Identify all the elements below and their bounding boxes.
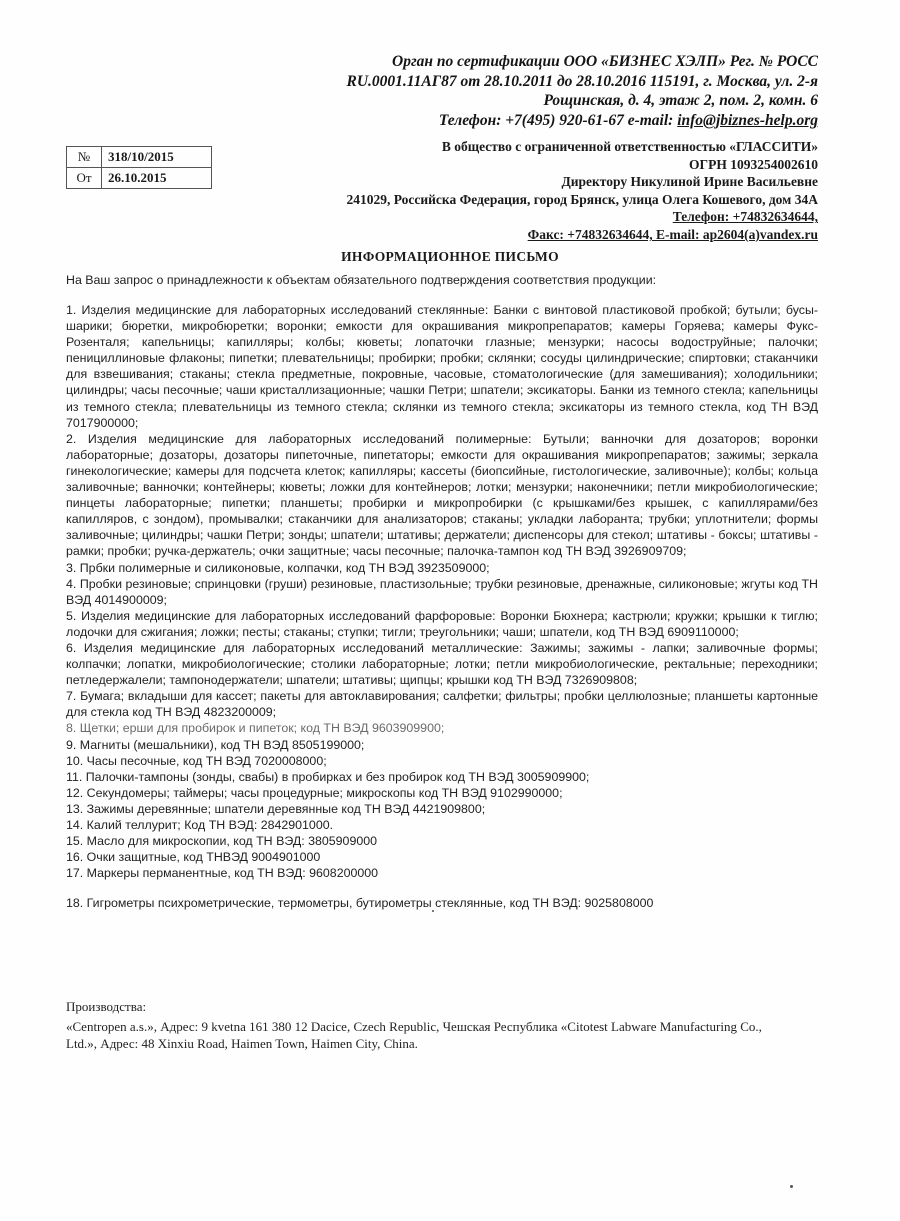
list-item: 1. Изделия медицинские для лабораторных … (66, 302, 818, 431)
registration-date-label: От (67, 168, 102, 189)
list-item: 17. Маркеры перманентные, код ТН ВЭД: 96… (66, 865, 818, 881)
list-item: 13. Зажимы деревянные; шпатели деревянны… (66, 801, 818, 817)
intro-paragraph: На Ваш запрос о принадлежности к объекта… (66, 272, 826, 288)
list-item: 9. Магниты (мешальники), код ТН ВЭД 8505… (66, 737, 818, 753)
scan-speck (432, 910, 434, 912)
list-item: 11. Палочки-тампоны (зонды, свабы) в про… (66, 769, 818, 785)
org-line: Орган по сертификации ООО «БИЗНЕС ХЭЛП» … (258, 52, 818, 72)
org-email-link[interactable]: info@jbiznes-help.org (677, 112, 818, 129)
org-line: RU.0001.11АГ87 от 28.10.2011 до 28.10.20… (258, 72, 818, 92)
list-item: 3. Прбки полимерные и силиконовые, колпа… (66, 560, 818, 576)
org-contact-line: Телефон: +7(495) 920-61-67 e-mail: info@… (258, 111, 818, 131)
recipient-company: В общество с ограниченной ответственност… (178, 138, 818, 156)
list-item: 18. Гигрометры психрометрические, термом… (66, 895, 818, 911)
org-line: Рощинская, д. 4, этаж 2, пом. 2, комн. 6 (258, 91, 818, 111)
producers-section: Производства: «Centropen a.s.», Адрес: 9… (66, 998, 786, 1052)
list-item: 15. Масло для микроскопии, код ТН ВЭД: 3… (66, 833, 818, 849)
list-item: 7. Бумага; вкладыши для кассет; пакеты д… (66, 688, 818, 720)
letter-page: Орган по сертификации ООО «БИЗНЕС ХЭЛП» … (0, 0, 900, 1221)
recipient-ogrn: ОГРН 1093254002610 (178, 156, 818, 174)
certification-body-header: Орган по сертификации ООО «БИЗНЕС ХЭЛП» … (258, 52, 818, 130)
list-item: 16. Очки защитные, код ТНВЭД 9004901000 (66, 849, 818, 865)
list-item: 2. Изделия медицинские для лабораторных … (66, 431, 818, 560)
org-phone: Телефон: +7(495) 920-61-67 e-mail: (439, 112, 677, 129)
scan-speck (790, 1185, 793, 1188)
registration-number-label: № (67, 147, 102, 168)
list-item: 5. Изделия медицинские для лабораторных … (66, 608, 818, 640)
list-item: 12. Секундомеры; таймеры; часы процедурн… (66, 785, 818, 801)
list-item: 8. Щетки; ерши для пробирок и пипеток; к… (66, 720, 818, 736)
list-item: 4. Пробки резиновые; спринцовки (груши) … (66, 576, 818, 608)
list-item: 14. Калий теллурит; Код ТН ВЭД: 28429010… (66, 817, 818, 833)
recipient-fax-email: Факс: +74832634644, E-mail: ap2604(a)van… (178, 226, 818, 244)
document-title: ИНФОРМАЦИОННОЕ ПИСЬМО (0, 249, 900, 265)
recipient-director: Директору Никулиной Ирине Васильевне (178, 173, 818, 191)
recipient-block: В общество с ограниченной ответственност… (178, 138, 818, 244)
product-list: 1. Изделия медицинские для лабораторных … (66, 302, 818, 911)
recipient-phone: Телефон: +74832634644, (178, 208, 818, 226)
producers-text: «Centropen a.s.», Адрес: 9 kvetna 161 38… (66, 1018, 786, 1052)
producers-heading: Производства: (66, 998, 786, 1015)
recipient-address: 241029, Российска Федерация, город Брянс… (178, 191, 818, 209)
list-item: 10. Часы песочные, код ТН ВЭД 7020008000… (66, 753, 818, 769)
list-item: 6. Изделия медицинские для лабораторных … (66, 640, 818, 688)
